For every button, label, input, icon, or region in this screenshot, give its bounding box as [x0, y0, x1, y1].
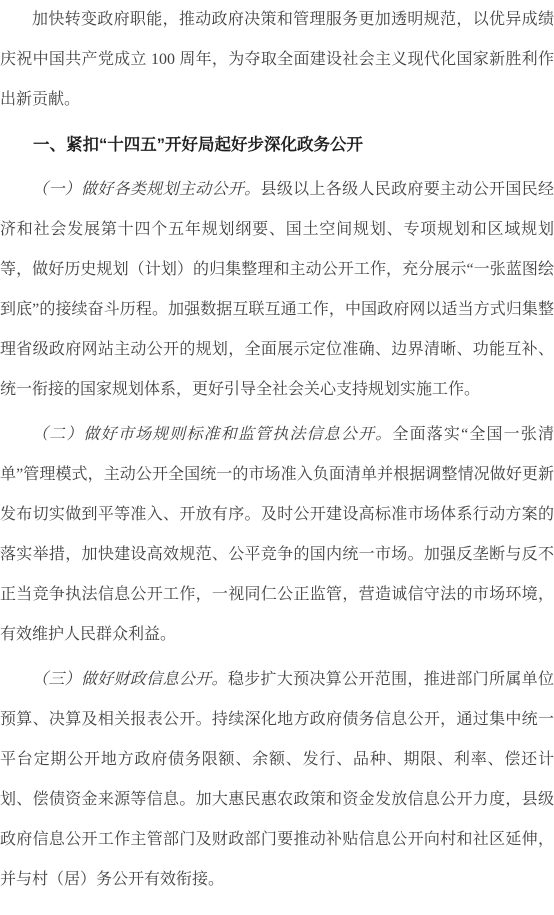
intro-paragraph: 加快转变政府职能，推动政府决策和管理服务更加透明规范，以优异成绩庆祝中国共产党成…: [0, 0, 554, 120]
item-paragraph-2: （二）做好市场规则标准和监管执法信息公开。全面落实“全国一张清单”管理模式，主动…: [0, 415, 554, 655]
document-body: 加快转变政府职能，推动政府决策和管理服务更加透明规范，以优异成绩庆祝中国共产党成…: [0, 0, 554, 900]
item-2-text: 全面落实“全国一张清单”管理模式，主动公开全国统一的市场准入负面清单并根据调整情…: [0, 426, 554, 643]
section-heading: 一、紧扣“十四五”开好局起好步深化政务公开: [0, 125, 554, 165]
item-1-text: 县级以上各级人民政府要主动公开国民经济和社会发展第十四个五年规划纲要、国土空间规…: [0, 181, 554, 398]
item-3-text: 稳步扩大预决算公开范围，推进部门所属单位预算、决算及相关报表公开。持续深化地方政…: [0, 671, 554, 888]
item-2-leader: （二）做好市场规则标准和监管执法信息公开。: [32, 426, 392, 443]
item-3-leader: （三）做好财政信息公开。: [32, 671, 228, 688]
item-paragraph-3: （三）做好财政信息公开。稳步扩大预决算公开范围，推进部门所属单位预算、决算及相关…: [0, 660, 554, 900]
document-page: { "page": { "colors": { "bg": "#ffffff",…: [0, 0, 554, 915]
item-1-leader: （一）做好各类规划主动公开。: [32, 181, 261, 198]
item-paragraph-1: （一）做好各类规划主动公开。县级以上各级人民政府要主动公开国民经济和社会发展第十…: [0, 170, 554, 410]
